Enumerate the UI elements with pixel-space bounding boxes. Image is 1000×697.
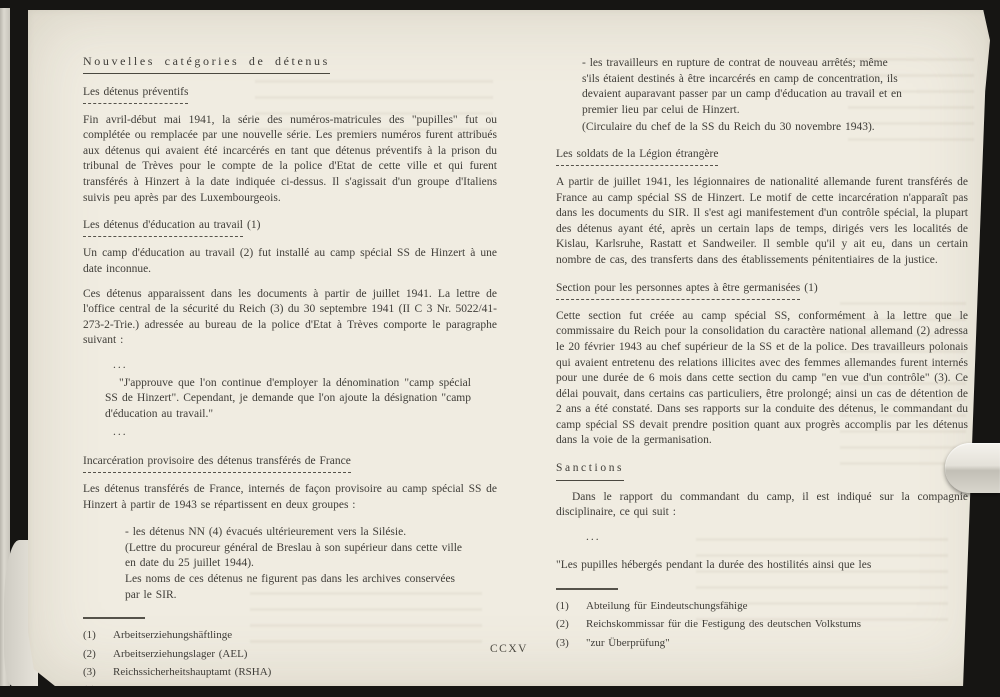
paragraph: Les détenus transférés de France, intern…	[83, 482, 497, 513]
right-column: - les travailleurs en rupture de contrat…	[556, 56, 968, 652]
footnote: (1)Arbeitserziehungshäftlinge	[83, 626, 497, 644]
paragraph: Cette section fut créée au camp spécial …	[556, 309, 968, 449]
quotation: "Les pupilles hébergés pendant la durée …	[556, 558, 968, 574]
section-heading-incarceration-provisoire: Incarcération provisoire des détenus tra…	[83, 454, 351, 473]
page-title: Nouvelles catégories de détenus	[83, 54, 330, 74]
paragraph: Dans le rapport du commandant du camp, i…	[556, 490, 968, 521]
heading-footnote-ref: (1)	[247, 219, 260, 231]
footnote: (3)Reichssicherheitshauptamt (RSHA)	[83, 663, 497, 681]
section-heading-germanisation: Section pour les personnes aptes à être …	[556, 281, 800, 300]
quotation: "J'approuve que l'on continue d'employer…	[105, 376, 471, 423]
heading-footnote-ref: (1)	[804, 282, 817, 294]
list-item: - les détenus NN (4) évacués ultérieurem…	[125, 525, 467, 541]
item-list: - les détenus NN (4) évacués ultérieurem…	[125, 525, 467, 603]
section-heading-detenus-preventifs: Les détenus préventifs	[83, 85, 188, 104]
footnote-separator	[83, 617, 145, 619]
document-page: Nouvelles catégories de détenus Les déte…	[28, 10, 990, 686]
list-item: (Lettre du procureur général de Breslau …	[125, 541, 467, 572]
footnote-separator	[556, 588, 618, 590]
ellipsis: ...	[113, 358, 497, 374]
item-list: - les travailleurs en rupture de contrat…	[582, 56, 904, 118]
paragraph: Ces détenus apparaissent dans les docume…	[83, 287, 497, 349]
paragraph: Fin avril-début mai 1941, la série des n…	[83, 113, 497, 207]
left-column: Nouvelles catégories de détenus Les déte…	[83, 54, 497, 697]
bookmark-tab-clip	[945, 443, 1000, 493]
footnote: (2)Reichskommissar für die Festigung des…	[556, 615, 968, 633]
section-heading-legion-etrangere: Les soldats de la Légion étrangère	[556, 147, 718, 166]
ellipsis: ...	[113, 425, 497, 441]
list-item: - les travailleurs en rupture de contrat…	[582, 56, 904, 118]
ellipsis: ...	[586, 530, 968, 546]
section-heading-sanctions: Sanctions	[556, 461, 624, 481]
paragraph: Un camp d'éducation au travail (2) fut i…	[83, 246, 497, 277]
list-item: Les noms de ces détenus ne figurent pas …	[125, 572, 467, 603]
footnote: (1)Abteilung für Eindeutschungsfähige	[556, 597, 968, 615]
paragraph: A partir de juillet 1941, les légionnair…	[556, 175, 968, 269]
footnote: (4)Nacht und Nebel = Nuit et Brouillard	[83, 681, 497, 697]
section-heading-education-travail: Les détenus d'éducation au travail	[83, 218, 243, 237]
page-number: CCXV	[28, 643, 990, 655]
source-citation: (Circulaire du chef de la SS du Reich du…	[582, 120, 968, 136]
